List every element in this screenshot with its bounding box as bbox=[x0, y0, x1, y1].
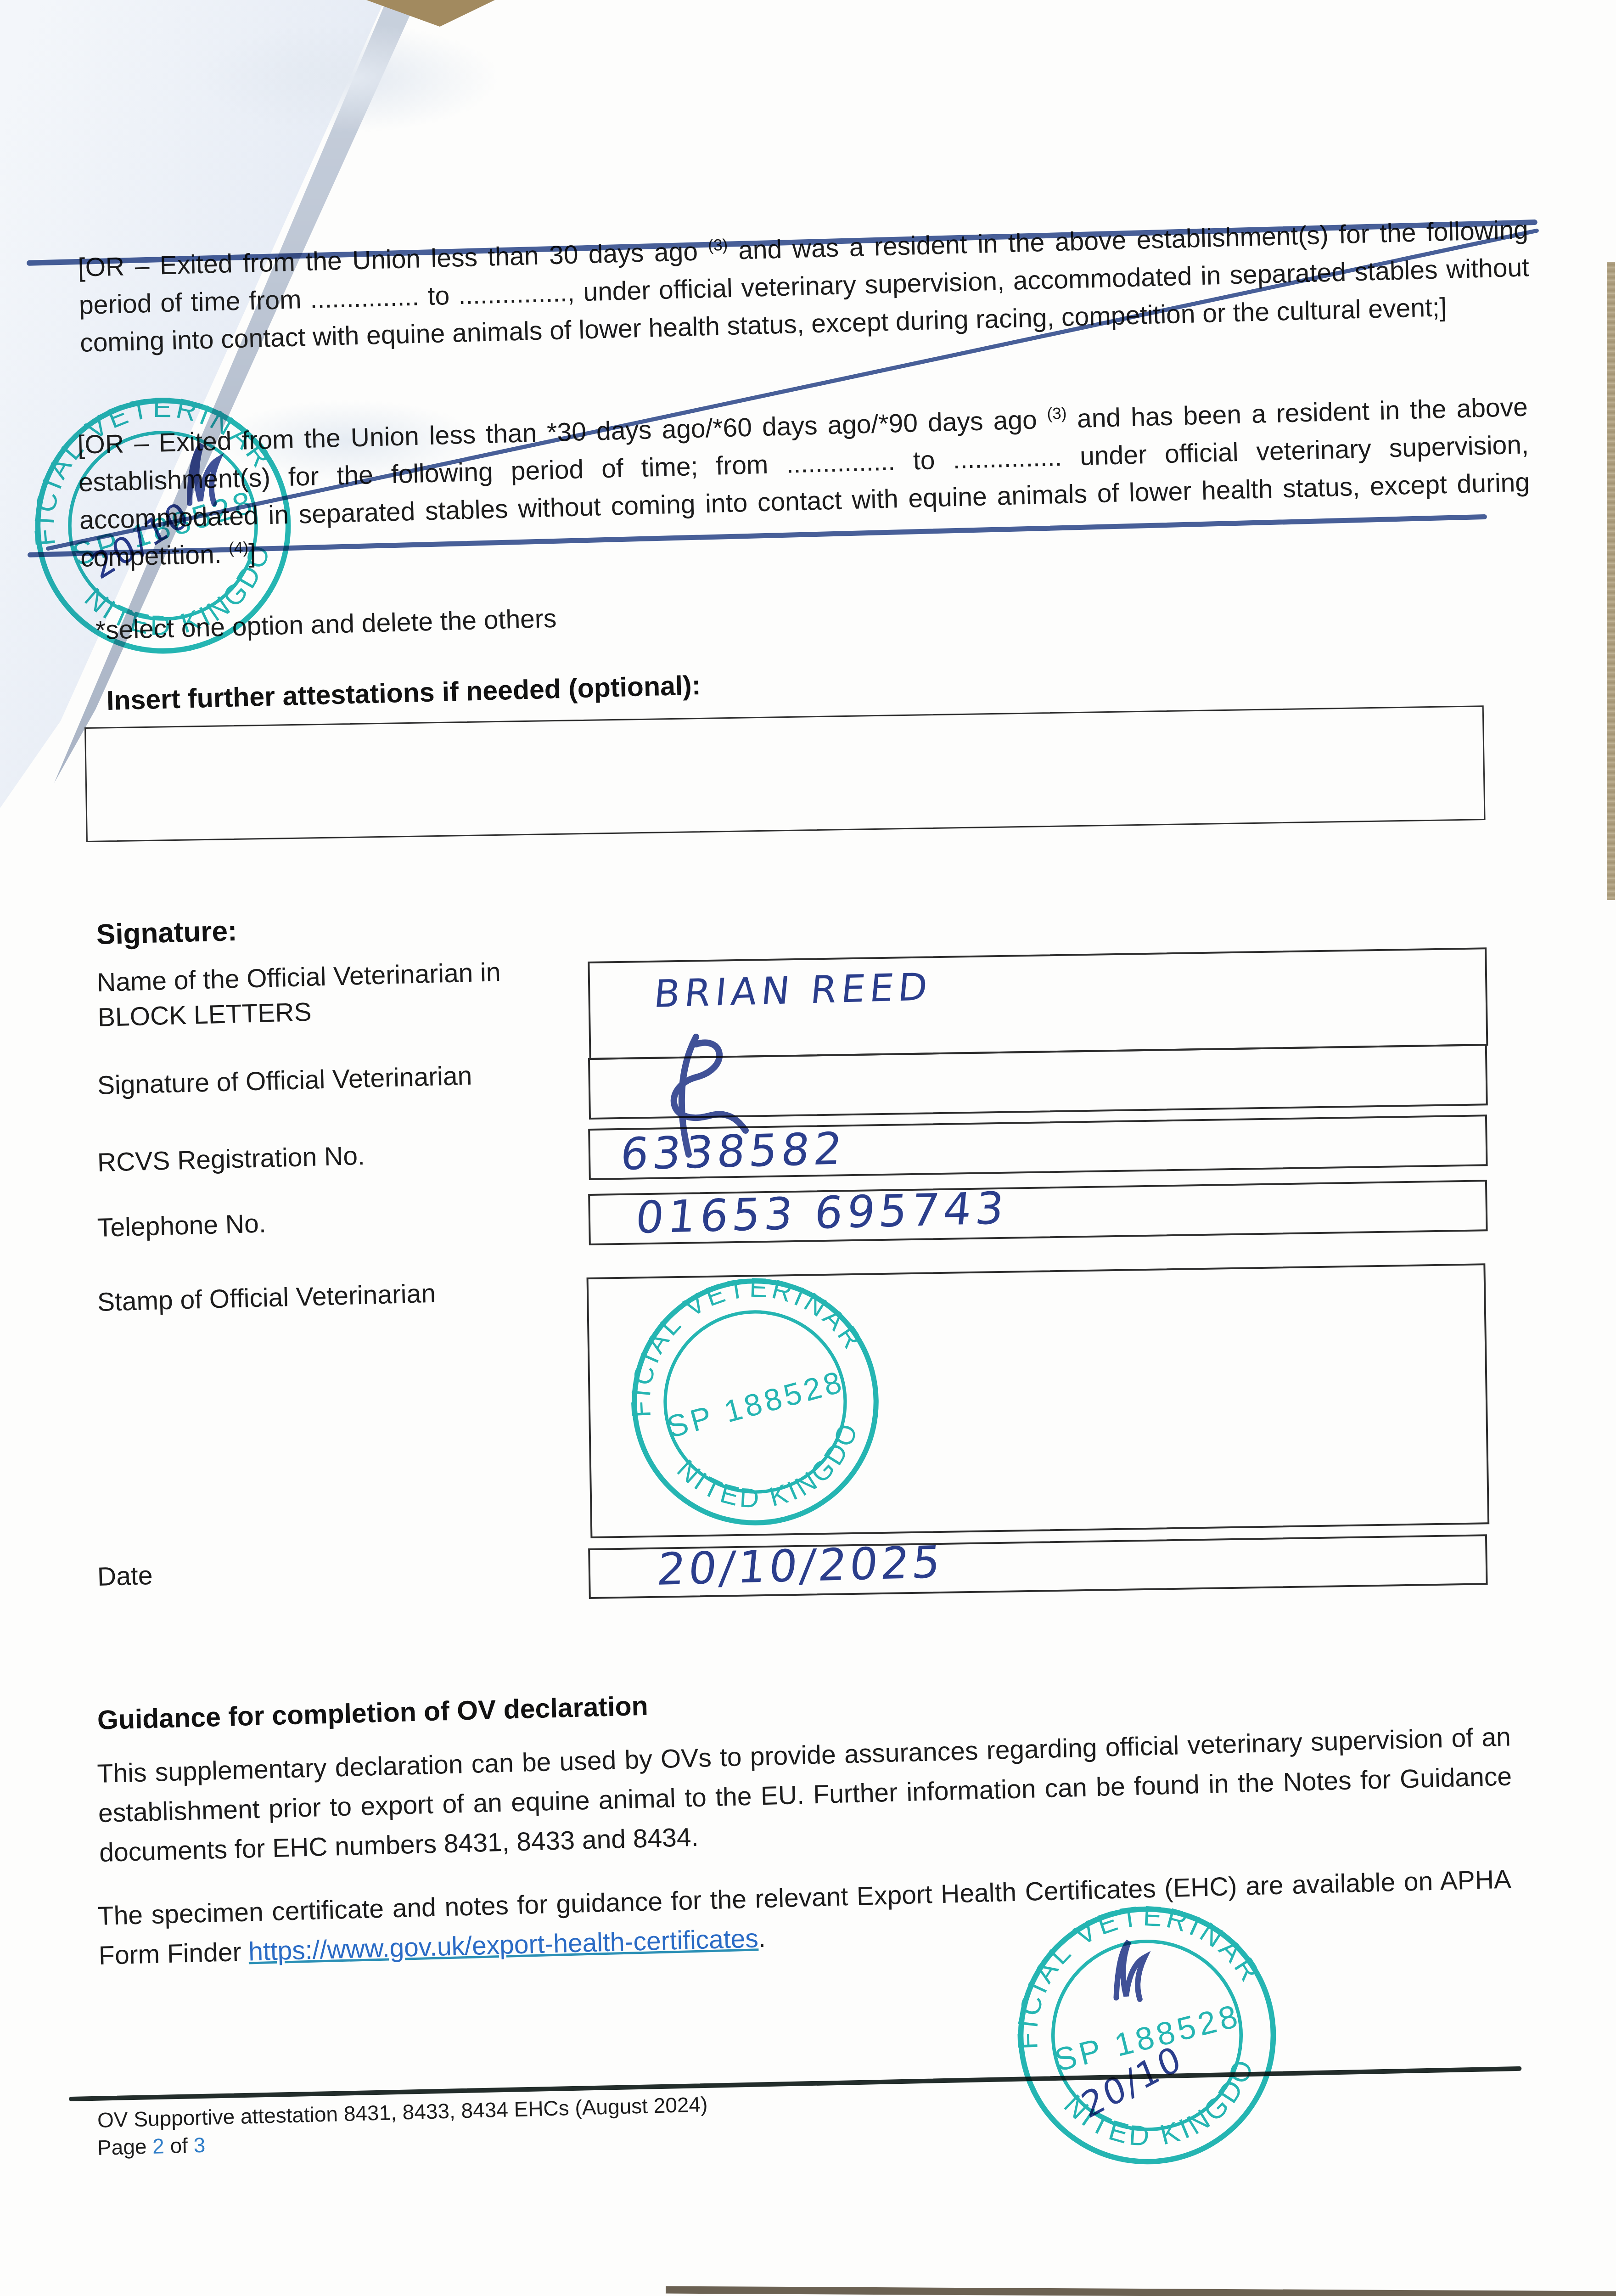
date-label: Date bbox=[97, 1552, 373, 1594]
signature-label: Signature of Official Veterinarian bbox=[97, 1055, 603, 1103]
footer-page-indicator: Page 2 of 3 bbox=[97, 2132, 206, 2161]
page-fold-corner bbox=[0, 0, 551, 55]
handwritten-signature bbox=[643, 1031, 762, 1160]
handwritten-phone-number: 01653 695743 bbox=[634, 1182, 1010, 1244]
name-label: Name of the Official Veterinarian in BLO… bbox=[96, 953, 562, 1035]
footer-page-number: 2 bbox=[152, 2134, 164, 2158]
footer-page-total: 3 bbox=[193, 2133, 206, 2157]
further-attestations-box bbox=[84, 705, 1486, 842]
scanned-document-page: [OR – Exited from the Union less than 30… bbox=[0, 0, 1616, 2296]
scan-edge-line bbox=[1607, 262, 1615, 900]
signature-heading: Signature: bbox=[96, 915, 237, 951]
stamp-label: Stamp of Official Veterinarian bbox=[97, 1272, 603, 1320]
scan-bottom-edge bbox=[666, 2286, 1616, 2296]
stamp-number-text: SP 188528 bbox=[663, 1364, 848, 1445]
ehc-link[interactable]: https://www.gov.uk/export-health-certifi… bbox=[248, 1924, 758, 1966]
guidance-paragraph-2: The specimen certificate and notes for g… bbox=[97, 1859, 1513, 1975]
rcvs-label: RCVS Registration No. bbox=[97, 1132, 603, 1180]
telephone-label: Telephone No. bbox=[97, 1197, 603, 1245]
handwritten-date: 20/10/2025 bbox=[655, 1536, 946, 1596]
further-attestations-heading: Insert further attestations if needed (o… bbox=[106, 670, 701, 716]
handwritten-name: BRIAN REED bbox=[652, 965, 934, 1016]
footer-separator-line bbox=[69, 2066, 1522, 2101]
footnote-ref-3: (3) bbox=[1047, 405, 1067, 423]
attestation-option-1: [OR – Exited from the Union less than 30… bbox=[78, 211, 1531, 362]
guidance-paragraph-1: This supplementary declaration can be us… bbox=[97, 1717, 1514, 1873]
handwritten-initials bbox=[1086, 1930, 1167, 2014]
guidance-heading: Guidance for completion of OV declaratio… bbox=[97, 1690, 648, 1736]
scan-smudge bbox=[197, 23, 500, 133]
